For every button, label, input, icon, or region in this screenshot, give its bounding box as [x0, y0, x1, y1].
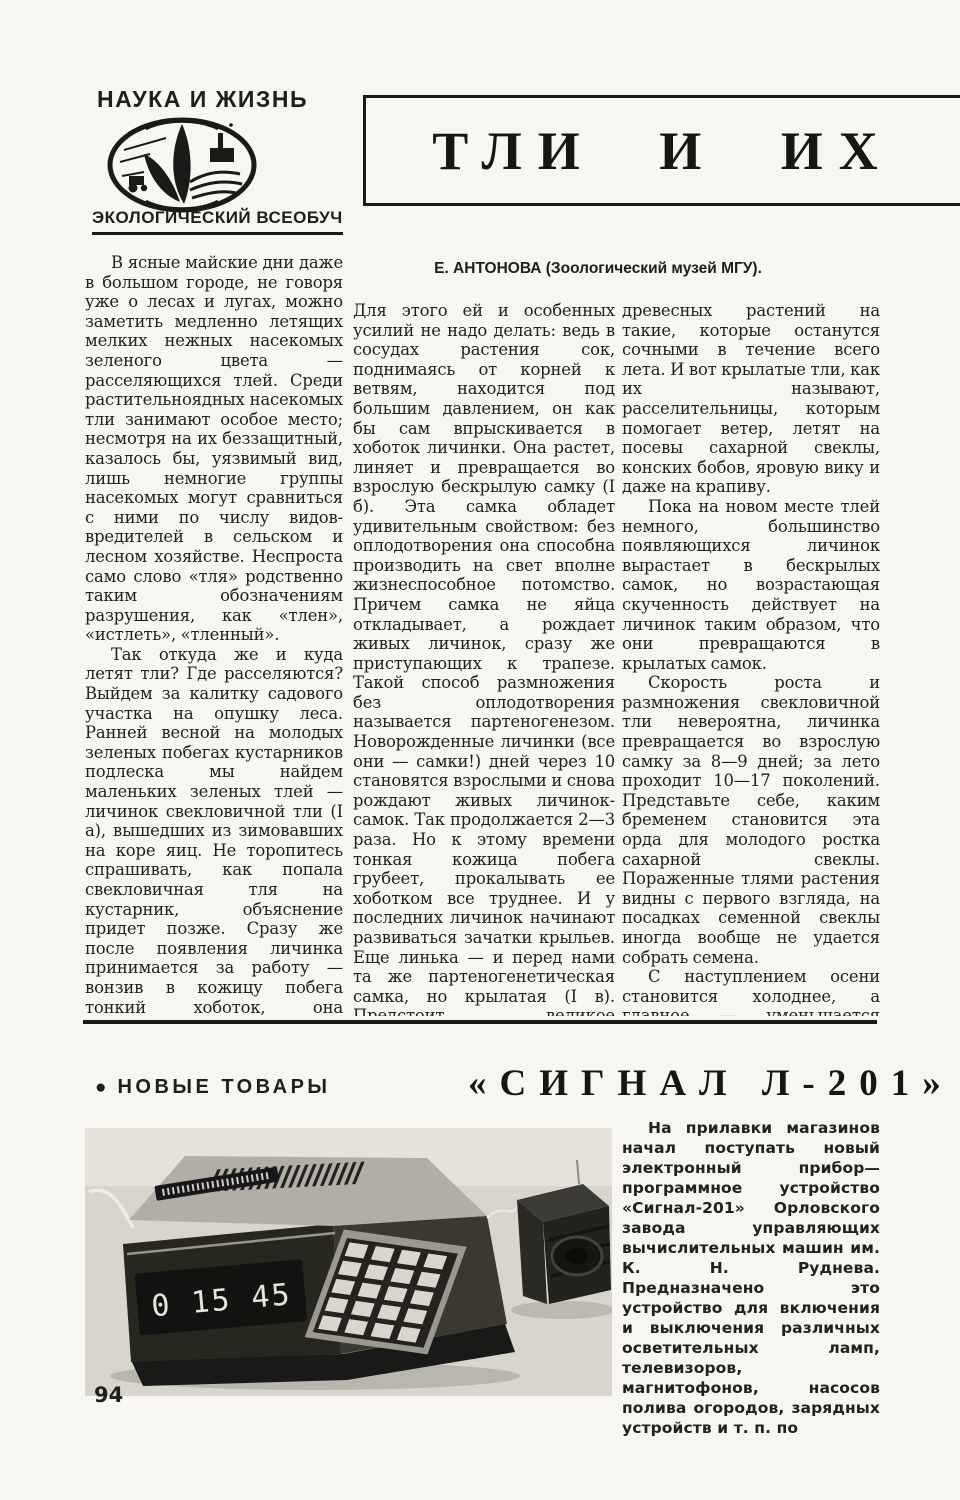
products-rubric-label: НОВЫЕ ТОВАРЫ — [117, 1076, 330, 1099]
text-column-3: древесных растений на такие, которые ост… — [622, 301, 880, 1016]
article-paragraph: Пока на новом месте тлей немного, больши… — [622, 497, 880, 673]
article-paragraph: древесных растений на такие, которые ост… — [622, 301, 880, 497]
device-illustration: 0 15 45 — [85, 1128, 612, 1396]
bullet-icon: ● — [95, 1078, 106, 1097]
article-paragraph: С наступлением осени становится холоднее… — [622, 967, 880, 1016]
ecology-rubric-label: ЭКОЛОГИЧЕСКИЙ ВСЕОБУЧ — [92, 208, 343, 235]
ecology-emblem-graphic — [106, 116, 258, 214]
article-paragraph: Так откуда же и куда летят тли? Где расс… — [85, 645, 343, 1015]
article-byline: Е. АНТОНОВА (Зоологический музей МГУ). — [352, 260, 844, 278]
products-rubric: ● НОВЫЕ ТОВАРЫ — [95, 1076, 331, 1099]
timer-unit: 0 15 45 — [123, 1156, 515, 1386]
product-photo: 0 15 45 — [85, 1128, 612, 1396]
section-divider — [83, 1020, 877, 1024]
product-title: «СИГНАЛ Л-201» — [468, 1062, 880, 1105]
product-paragraph: На прилавки магазинов начал поступать но… — [622, 1118, 880, 1438]
article-title-box: ТЛИ И ИХ — [363, 95, 960, 206]
article-paragraph: Скорость роста и размножения свекловично… — [622, 673, 880, 967]
ecology-emblem-icon — [106, 116, 258, 219]
article-paragraph: Для этого ей и особенных усилий не надо … — [353, 301, 615, 1016]
text-column-2: Для этого ей и особенных усилий не надо … — [353, 301, 615, 1016]
article-title: ТЛИ И ИХ — [432, 120, 894, 182]
page-number: 94 — [94, 1383, 123, 1407]
magazine-page: НАУКА И ЖИЗНЬ ЭКОЛОГИЧЕСКИЙ ВСЕОБУЧ ТЛИ … — [0, 0, 960, 1500]
product-description: На прилавки магазинов начал поступать но… — [622, 1118, 880, 1438]
text-column-1: В ясные майские дни даже в большом город… — [85, 253, 343, 1015]
article-paragraph: В ясные майские дни даже в большом город… — [85, 253, 343, 645]
magazine-title: НАУКА И ЖИЗНЬ — [97, 86, 308, 113]
